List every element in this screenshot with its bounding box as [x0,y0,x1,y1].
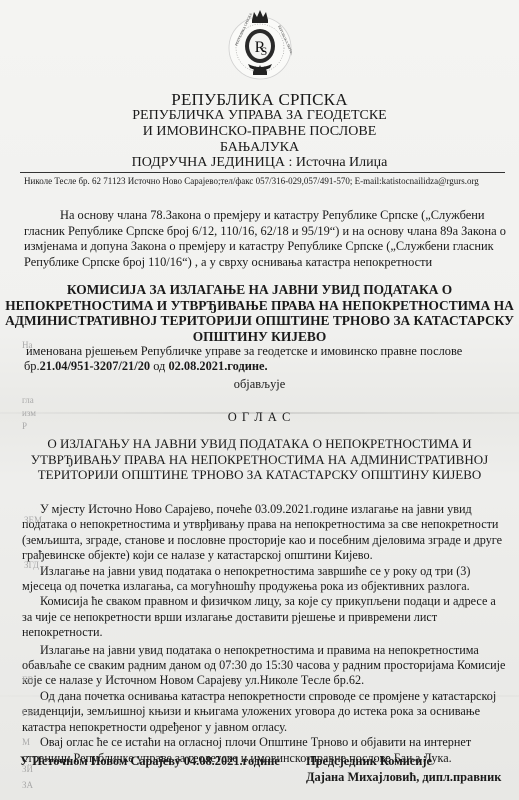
bleed-through-mark: ГРА [22,708,38,718]
bleed-through-mark: ЗЕМ [24,515,42,525]
agency-name: РЕПУБЛИЧКА УПРАВА ЗА ГЕОДЕТСКЕ И ИМОВИНС… [0,108,519,156]
intro-paragraph: На основу члана 78.Закона о премјеру и к… [24,208,506,270]
contact-address: Николе Тесле бр. 62 71123 Источно Ново С… [24,176,479,186]
bleed-through-mark: ЕВ [22,675,34,685]
decision-reference: бр.21.04/951-3207/21/20 од 02.08.2021.го… [24,359,268,375]
place-and-date: У Источном Новом Сарајеву 04.08.2021.год… [20,754,280,770]
bleed-through-mark: На [22,340,33,350]
commission-title: КОМИСИЈА ЗА ИЗЛАГАЊЕ НА ЈАВНИ УВИД ПОДАТ… [0,282,519,344]
notice-heading: О Г Л А С [0,410,519,426]
svg-text:S: S [261,44,268,58]
publishes-label: објављује [0,377,519,393]
signatory-name: Дајана Михајловић, дипл.правник [306,770,501,786]
scanned-document-page: R S РЕПУБЛИКА СРПСКА REPUBLIKA SRPSKA РЕ… [0,0,519,800]
bleed-through-mark: изм [22,408,36,418]
coat-of-arms-icon: R S РЕПУБЛИКА СРПСКА REPUBLIKA SRPSKA [228,6,292,84]
bleed-through-mark: гла [22,395,34,405]
appointment-line: именована рјешењем Републичке управе за … [26,344,462,360]
signatory-title: Предсједник Комисије [306,754,432,770]
bleed-through-mark: ЗГД [24,560,39,570]
bleed-through-mark: ЗЙ [22,764,33,774]
notice-body: У мјесту Источно Ново Сарајево, почеће 0… [22,502,505,766]
country-title: РЕПУБЛИКА СРПСКА [0,90,519,110]
bleed-through-mark: Р [22,421,27,431]
notice-title: О ИЗЛАГАЊУ НА ЈАВНИ УВИД ПОДАТАКА О НЕПО… [0,436,519,483]
header-divider [20,172,505,173]
regional-unit: ПОДРУЧНА ЈЕДИНИЦА : Источна Илиџа [0,155,519,171]
bleed-through-mark: ЗА [22,780,33,790]
bleed-through-mark: М [22,737,30,747]
